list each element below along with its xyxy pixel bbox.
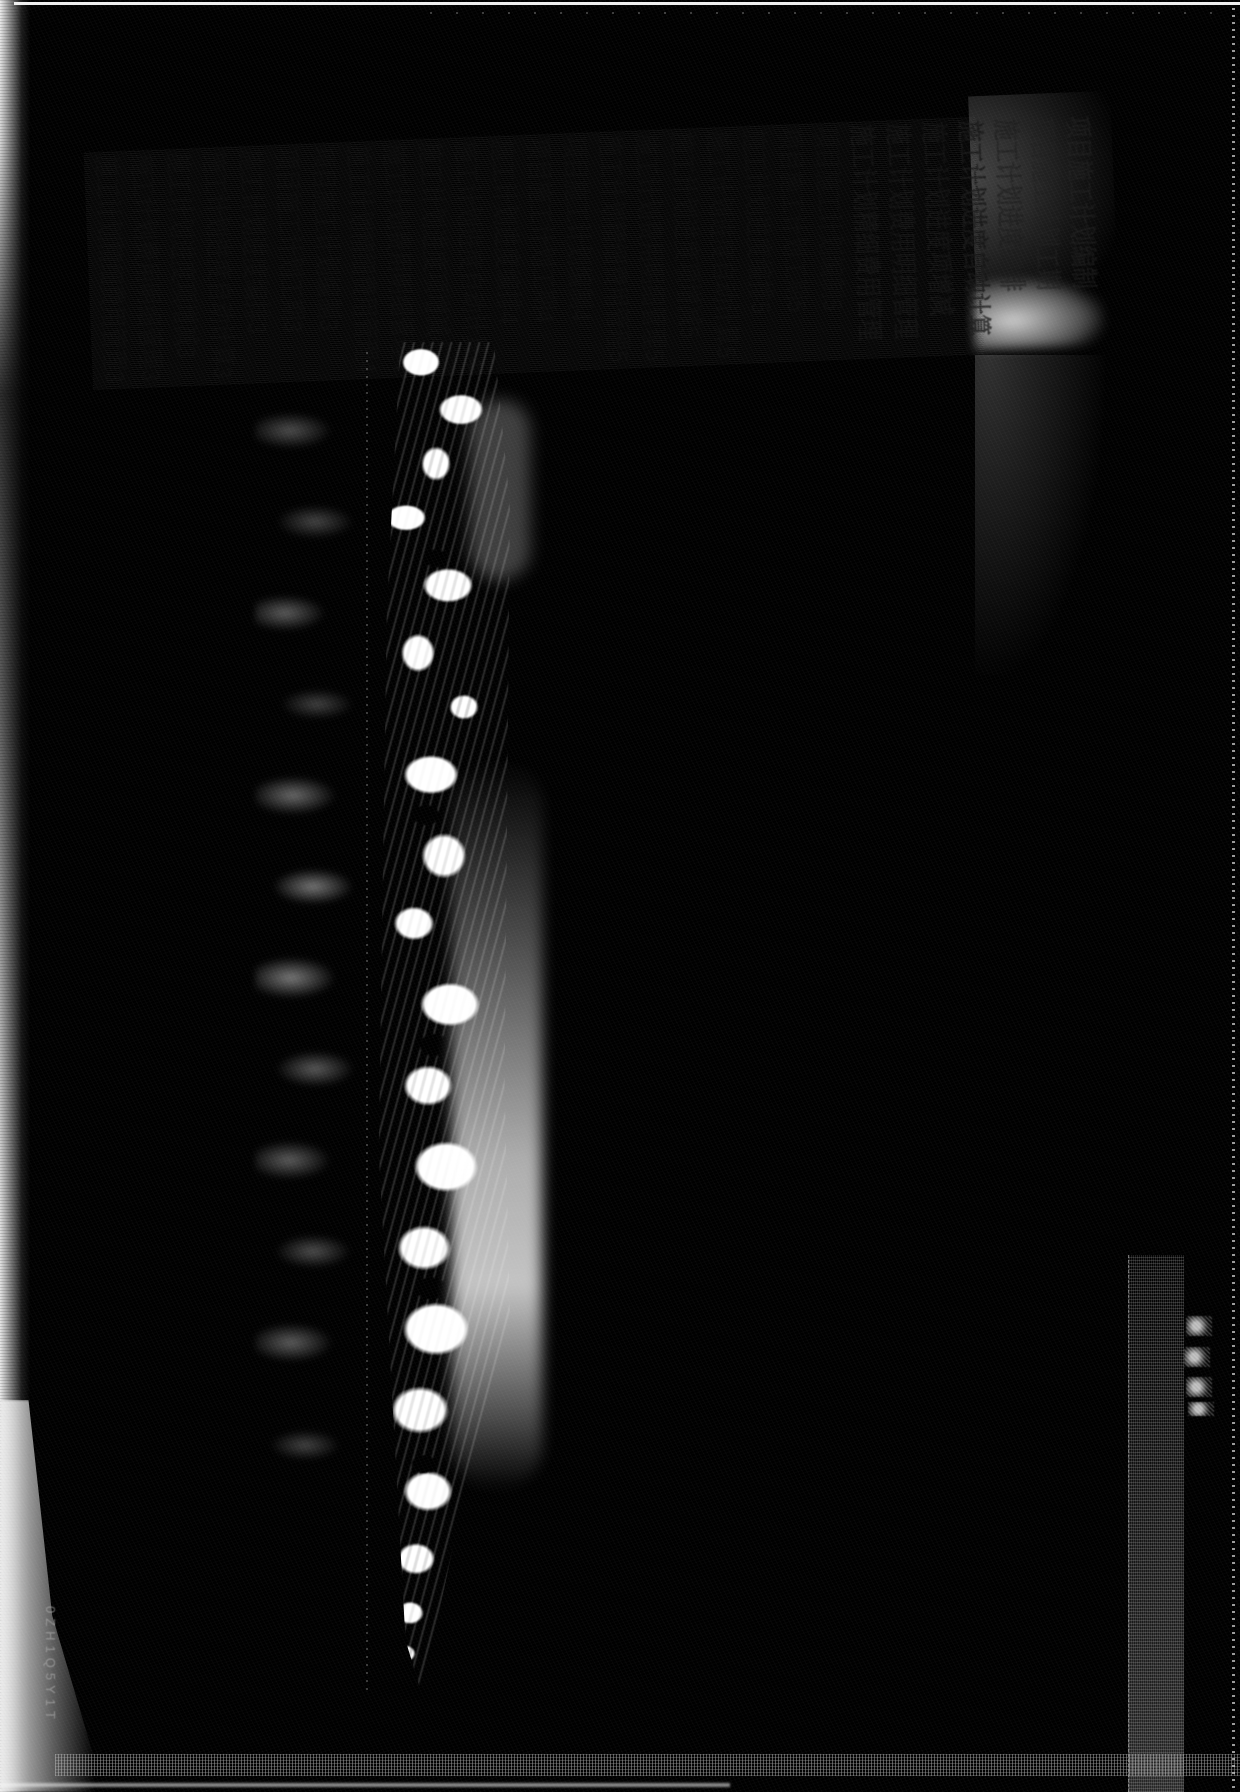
wallpaper-glow-upper xyxy=(470,400,530,580)
page-bottom-edge-line xyxy=(0,1783,730,1787)
noise-mark xyxy=(1186,1316,1212,1336)
wallpaper-glow xyxy=(452,760,542,1490)
menu-item-label: 项目施工计划工期 xyxy=(1023,117,1066,291)
noise-mark xyxy=(1186,1377,1212,1397)
page-top-edge-dashes xyxy=(430,12,1230,14)
screen-edge-line xyxy=(366,352,368,1692)
scanned-figure-page: { "menu_panel": { "items": [ "项目施工计划编制",… xyxy=(0,0,1240,1792)
menu-item-label: 施工计划进度编排 xyxy=(987,118,1030,292)
page-right-edge-dots xyxy=(1232,8,1235,1792)
wallpaper-reflections xyxy=(255,385,355,1525)
page-top-edge-line xyxy=(14,2,1240,5)
monitor-bezel-text: 0ZH1Q5Y1T xyxy=(32,1606,58,1766)
panel-grain-overlay xyxy=(84,116,985,390)
monitor-screen-photo: 项目施工计划编制 项目施工计划工期 施工计划进度编排 施工计划进度自动计算 施工… xyxy=(79,55,1119,376)
noise-mark xyxy=(1184,1347,1210,1367)
scan-noise-band-bottom xyxy=(55,1754,1240,1776)
menu-item-label: 项目施工计划编制 xyxy=(1059,115,1102,289)
scan-noise-band-right xyxy=(1128,1255,1184,1792)
noise-mark xyxy=(1188,1402,1214,1416)
screen-glow-fade xyxy=(975,355,1105,675)
